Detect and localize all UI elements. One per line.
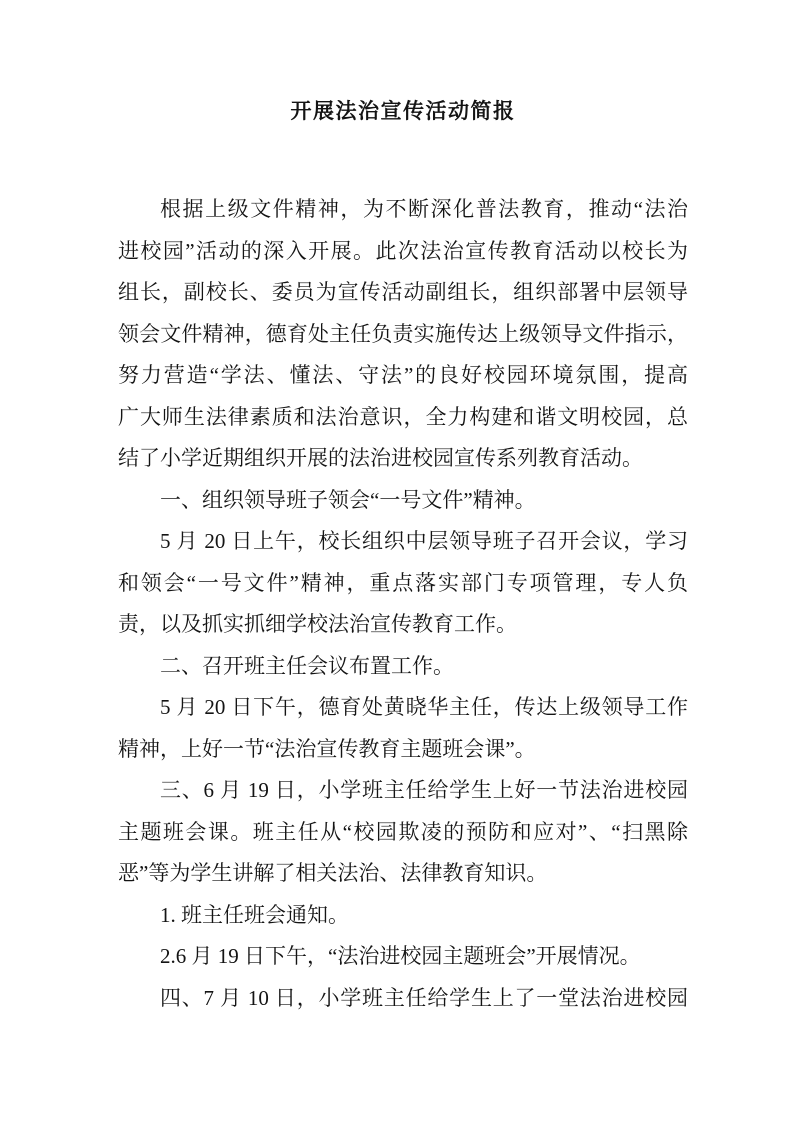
paragraph: 二、召开班主任会议布置工作。 bbox=[118, 646, 688, 688]
paragraph: 5 月 20 日上午，校长组织中层领导班子召开会议，学习和领会“一号文件”精神，… bbox=[118, 521, 688, 646]
text-line: 四、7 月 10 日，小学班主任给学生上了一堂法治进校园 bbox=[118, 978, 688, 1020]
text-line: 1. 班主任班会通知。 bbox=[118, 895, 688, 937]
text-line: 领会文件精神，德育处主任负责实施传达上级领导文件指示， bbox=[118, 314, 688, 356]
text-line: 精神，上好一节“法治宣传教育主题班会课”。 bbox=[118, 729, 688, 771]
text-line: 责，以及抓实抓细学校法治宣传教育工作。 bbox=[118, 604, 688, 646]
text-line: 进校园”活动的深入开展。此次法治宣传教育活动以校长为 bbox=[118, 231, 688, 273]
paragraph: 5 月 20 日下午，德育处黄晓华主任，传达上级领导工作精神，上好一节“法治宣传… bbox=[118, 687, 688, 770]
text-line: 5 月 20 日下午，德育处黄晓华主任，传达上级领导工作 bbox=[118, 687, 688, 729]
text-line: 恶”等为学生讲解了相关法治、法律教育知识。 bbox=[118, 853, 688, 895]
paragraph: 2.6 月 19 日下午，“法治进校园主题班会”开展情况。 bbox=[118, 936, 688, 978]
document-page: 开展法治宣传活动简报 根据上级文件精神，为不断深化普法教育，推动“法治进校园”活… bbox=[0, 0, 793, 1122]
paragraph: 根据上级文件精神，为不断深化普法教育，推动“法治进校园”活动的深入开展。此次法治… bbox=[118, 189, 688, 480]
text-line: 广大师生法律素质和法治意识，全力构建和谐文明校园，总 bbox=[118, 397, 688, 439]
text-line: 2.6 月 19 日下午，“法治进校园主题班会”开展情况。 bbox=[118, 936, 688, 978]
text-line: 主题班会课。班主任从“校园欺凌的预防和应对”、“扫黑除 bbox=[118, 812, 688, 854]
text-line: 5 月 20 日上午，校长组织中层领导班子召开会议，学习 bbox=[118, 521, 688, 563]
document-title: 开展法治宣传活动简报 bbox=[118, 96, 688, 126]
text-line: 组长，副校长、委员为宣传活动副组长，组织部署中层领导 bbox=[118, 272, 688, 314]
text-line: 努力营造“学法、懂法、守法”的良好校园环境氛围，提高 bbox=[118, 355, 688, 397]
paragraph: 四、7 月 10 日，小学班主任给学生上了一堂法治进校园 bbox=[118, 978, 688, 1020]
text-line: 一、组织领导班子领会“一号文件”精神。 bbox=[118, 480, 688, 522]
text-line: 结了小学近期组织开展的法治进校园宣传系列教育活动。 bbox=[118, 438, 688, 480]
document-body: 根据上级文件精神，为不断深化普法教育，推动“法治进校园”活动的深入开展。此次法治… bbox=[118, 189, 688, 1019]
paragraph: 一、组织领导班子领会“一号文件”精神。 bbox=[118, 480, 688, 522]
text-line: 根据上级文件精神，为不断深化普法教育，推动“法治 bbox=[118, 189, 688, 231]
text-line: 三、6 月 19 日，小学班主任给学生上好一节法治进校园 bbox=[118, 770, 688, 812]
paragraph: 三、6 月 19 日，小学班主任给学生上好一节法治进校园主题班会课。班主任从“校… bbox=[118, 770, 688, 895]
text-line: 和领会“一号文件”精神，重点落实部门专项管理，专人负 bbox=[118, 563, 688, 605]
text-line: 二、召开班主任会议布置工作。 bbox=[118, 646, 688, 688]
paragraph: 1. 班主任班会通知。 bbox=[118, 895, 688, 937]
